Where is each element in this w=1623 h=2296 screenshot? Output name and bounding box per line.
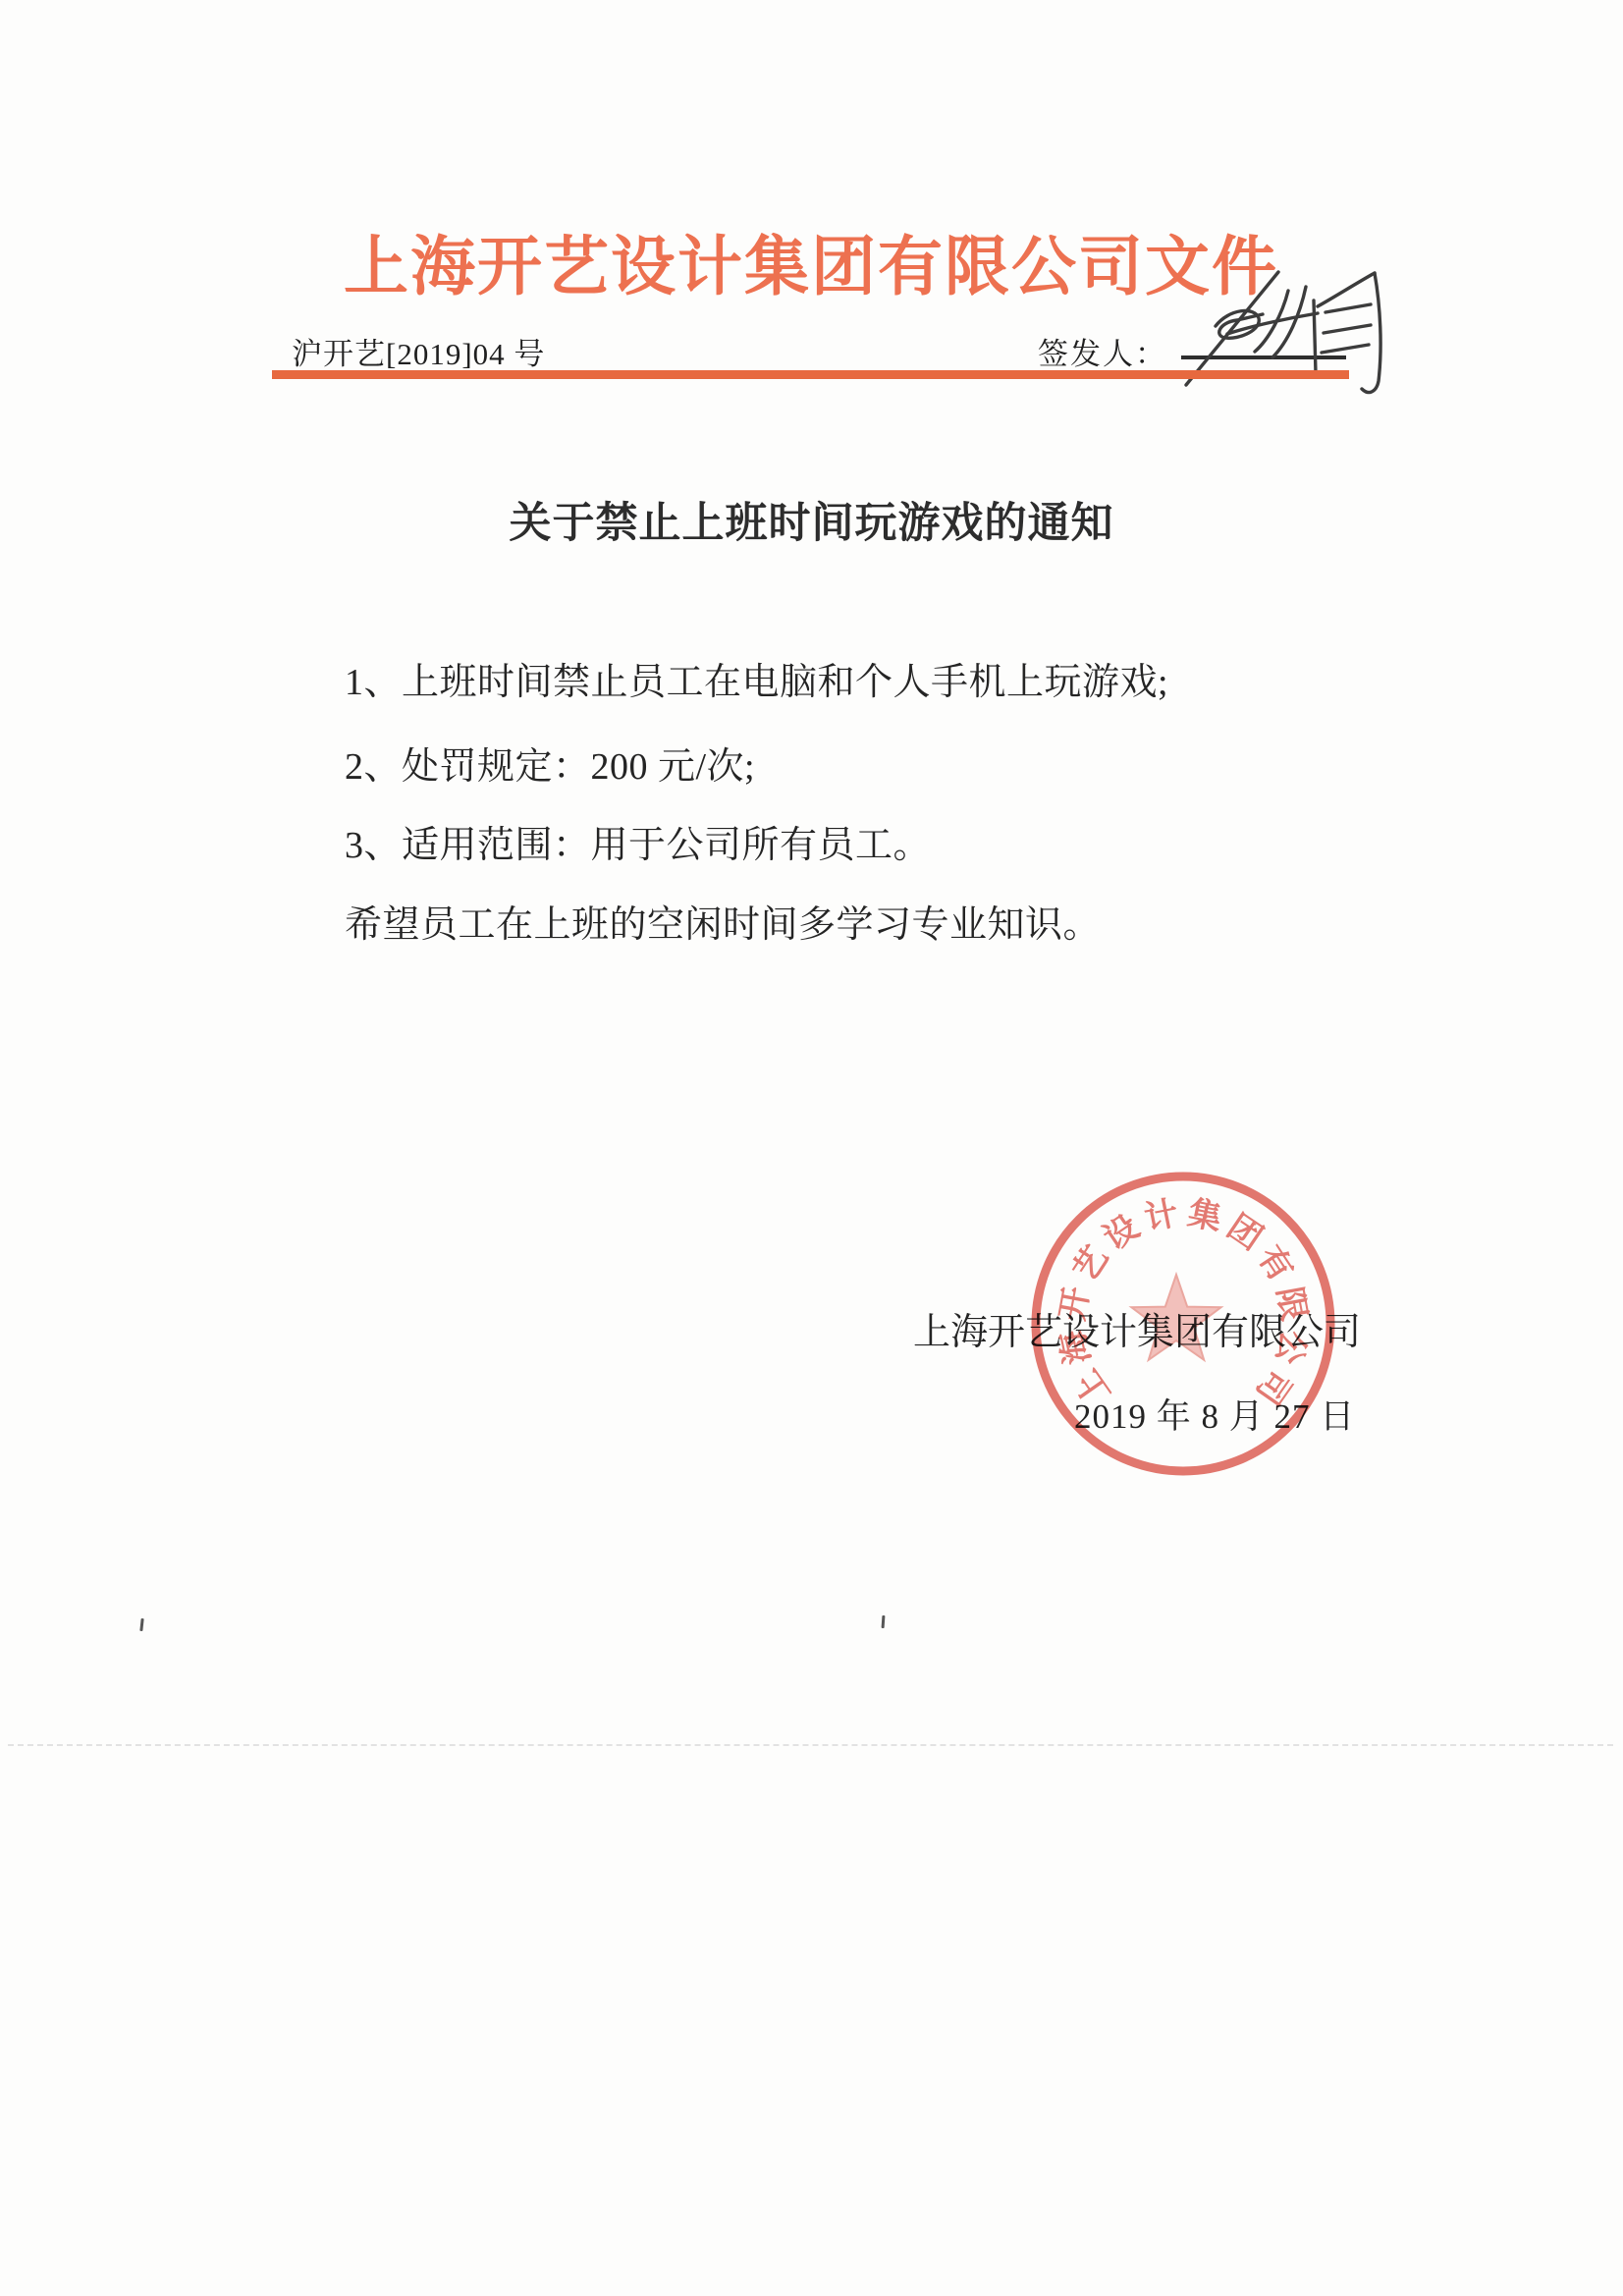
seal-char: 团 [1220,1208,1269,1258]
body-item-1: 1、上班时间禁止员工在电脑和个人手机上玩游戏; [345,662,1168,705]
body-closing-line: 希望员工在上班的空闲时间多学习专业知识。 [345,904,1101,948]
header-rule [272,370,1349,379]
seal-char: 有 [1250,1239,1299,1287]
seal-char: 上 [1068,1362,1118,1411]
seal-char: 海 [1054,1327,1097,1367]
seal-char: 限 [1270,1285,1313,1324]
seal-char: 设 [1097,1208,1145,1258]
scan-speck [139,1618,143,1631]
issuer-label: 签发人： [1038,338,1167,371]
body-item-3: 3、适用范围：用于公司所有员工。 [345,825,931,868]
seal-char: 计 [1141,1194,1181,1237]
doc-number: 沪开艺[2019]04 号 [292,338,545,371]
company-seal: 上海开艺设计集团有限公司 [1026,1167,1340,1481]
notice-title: 关于禁止上班时间玩游戏的通知 [272,499,1351,550]
seal-char: 开 [1054,1285,1097,1324]
issuer-signature-scribble [1168,257,1434,424]
document-page: 上海开艺设计集团有限公司文件 沪开艺[2019]04 号 签发人： 关于禁止上班… [0,0,1623,2296]
seal-char: 公 [1269,1327,1312,1367]
seal-star-icon [1131,1275,1220,1360]
scan-speck [882,1615,886,1628]
scan-artifact-line [8,1744,1613,1746]
seal-char: 司 [1248,1362,1298,1411]
body-item-2: 2、处罚规定：200 元/次; [345,746,755,790]
seal-char: 集 [1185,1194,1225,1237]
seal-char: 艺 [1066,1239,1115,1287]
